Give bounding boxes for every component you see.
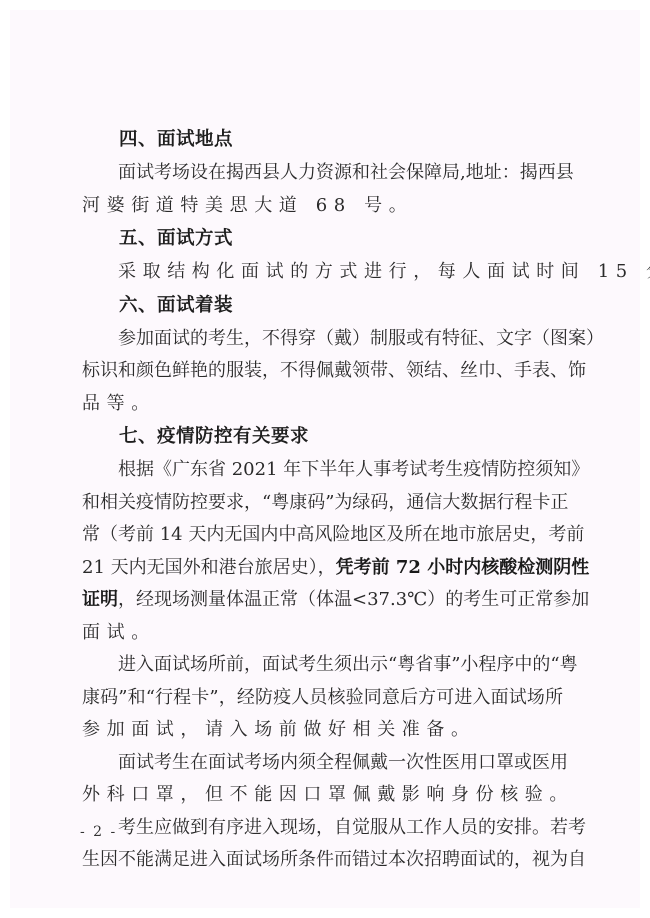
paragraph-line: 生因不能满足进入面试场所条件而错过本次招聘面试的，视为自	[82, 844, 563, 877]
paragraph-line: 考生应做到有序进入现场，自觉服从工作人员的安排。若考	[82, 812, 563, 845]
paragraph-line: 参加面试的考生，不得穿（戴）制服或有特征、文字（图案）	[82, 323, 563, 356]
paragraph-line-mixed: 证明，经现场测量体温正常（体温<37.3℃）的考生可正常参加	[82, 584, 563, 617]
paragraph-line-mixed: 21 天内无国外和港台旅居史），凭考前 72 小时内核酸检测阴性	[82, 552, 563, 585]
section-heading-epidemic-prevention: 七、疫情防控有关要求	[82, 420, 563, 454]
paragraph-line: 面试考生在面试考场内须全程佩戴一次性医用口罩或医用	[82, 747, 563, 780]
paragraph-line: 和相关疫情防控要求，“粤康码”为绿码，通信大数据行程卡正	[82, 487, 563, 520]
paragraph-line: 品等。	[82, 388, 563, 421]
section-heading-format: 五、面试方式	[82, 222, 563, 256]
paragraph-line: 进入面试场所前，面试考生须出示“粤省事”小程序中的“粤	[82, 649, 563, 682]
paragraph-line: 采取结构化面试的方式进行，每人面试时间 15 分钟。	[82, 256, 563, 289]
paragraph-line: 标识和颜色鲜艳的服装，不得佩戴领带、领结、丝巾、手表、饰	[82, 355, 563, 388]
paragraph-line: 外科口罩，但不能因口罩佩戴影响身份核验。	[82, 779, 563, 812]
bold-text-segment: 证明	[82, 589, 118, 610]
paragraph-line: 面试考场设在揭西县人力资源和社会保障局,地址：揭西县	[82, 157, 563, 190]
paragraph-line: 根据《广东省 2021 年下半年人事考试考生疫情防控须知》	[82, 454, 563, 487]
paragraph-line: 常（考前 14 天内无国内中高风险地区及所在地市旅居史，考前	[82, 519, 563, 552]
document-body: 四、面试地点 面试考场设在揭西县人力资源和社会保障局,地址：揭西县 河婆街道特美…	[82, 123, 563, 877]
section-heading-dress-code: 六、面试着装	[82, 289, 563, 323]
page-number: - 2 -	[80, 824, 117, 840]
document-page: 四、面试地点 面试考场设在揭西县人力资源和社会保障局,地址：揭西县 河婆街道特美…	[10, 10, 640, 908]
paragraph-line: 康码”和“行程卡”，经防疫人员核验同意后方可进入面试场所	[82, 682, 563, 715]
plain-text-segment: 21 天内无国外和港台旅居史），	[82, 557, 336, 578]
paragraph-line: 河婆街道特美思大道 68 号。	[82, 190, 563, 223]
section-heading-venue: 四、面试地点	[82, 123, 563, 157]
paragraph-line: 参加面试，请入场前做好相关准备。	[82, 714, 563, 747]
paragraph-line: 面试。	[82, 617, 563, 650]
plain-text-segment: ，经现场测量体温正常（体温<37.3℃）的考生可正常参加	[118, 589, 589, 610]
bold-text-segment: 凭考前 72 小时内核酸检测阴性	[336, 557, 590, 578]
